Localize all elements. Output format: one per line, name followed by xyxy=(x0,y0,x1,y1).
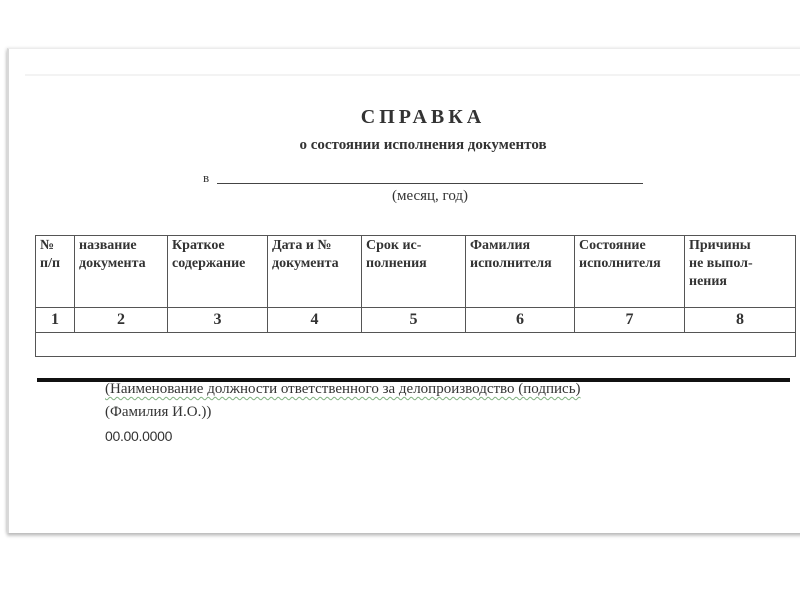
header-text-line: Дата и № xyxy=(272,237,357,255)
header-text-line: документа xyxy=(79,255,163,273)
header-text-line: п/п xyxy=(40,255,70,273)
column-number-cell: 8 xyxy=(685,308,796,333)
table-empty-cell xyxy=(36,333,796,357)
column-number-cell: 2 xyxy=(75,308,168,333)
period-caption: (месяц, год) xyxy=(217,188,643,205)
column-number-cell: 5 xyxy=(362,308,466,333)
header-text-line: содержание xyxy=(172,255,263,273)
period-prefix: в xyxy=(203,170,209,186)
column-number-cell: 1 xyxy=(36,308,75,333)
responsible-position-line: (Наименование должности ответственного з… xyxy=(105,381,581,398)
page-header-rule xyxy=(25,74,800,76)
table-column-numbers-row: 12345678 xyxy=(36,308,796,333)
report-table: №п/пназваниедокументаКраткоесодержаниеДа… xyxy=(35,235,796,357)
header-text-line: не выпол- xyxy=(689,255,791,273)
table-header-cell: Срок ис-полнения xyxy=(362,236,466,308)
header-text-line: нения xyxy=(689,273,791,291)
header-text-line: Краткое xyxy=(172,237,263,255)
table-header-cell: названиедокумента xyxy=(75,236,168,308)
table-header-cell: Состояниеисполнителя xyxy=(575,236,685,308)
table-header-cell: Краткоесодержание xyxy=(168,236,268,308)
header-text-line: документа xyxy=(272,255,357,273)
column-number-cell: 4 xyxy=(268,308,362,333)
table-header-cell: Дата и №документа xyxy=(268,236,362,308)
header-text-line: Фамилия xyxy=(470,237,570,255)
table-header-cell: Причиныне выпол-нения xyxy=(685,236,796,308)
header-text-line: Срок ис- xyxy=(366,237,461,255)
period-fill-line xyxy=(217,183,643,184)
column-number-cell: 3 xyxy=(168,308,268,333)
header-text-line: название xyxy=(79,237,163,255)
header-text-line: исполнителя xyxy=(470,255,570,273)
header-text-line: исполнителя xyxy=(579,255,680,273)
table-header-cell: №п/п xyxy=(36,236,75,308)
header-text-line: полнения xyxy=(366,255,461,273)
table-header-row: №п/пназваниедокументаКраткоесодержаниеДа… xyxy=(36,236,796,308)
document-subtitle: о состоянии исполнения документов xyxy=(0,137,800,154)
table-empty-row xyxy=(36,333,796,357)
column-number-cell: 6 xyxy=(466,308,575,333)
document-title: СПРАВКА xyxy=(0,106,800,129)
table-header-cell: Фамилияисполнителя xyxy=(466,236,575,308)
document-date: 00.00.0000 xyxy=(105,428,172,444)
header-text-line: Причины xyxy=(689,237,791,255)
header-text-line: Состояние xyxy=(579,237,680,255)
header-text-line: № xyxy=(40,237,70,255)
column-number-cell: 7 xyxy=(575,308,685,333)
responsible-name-line: (Фамилия И.О.)) xyxy=(105,404,211,421)
